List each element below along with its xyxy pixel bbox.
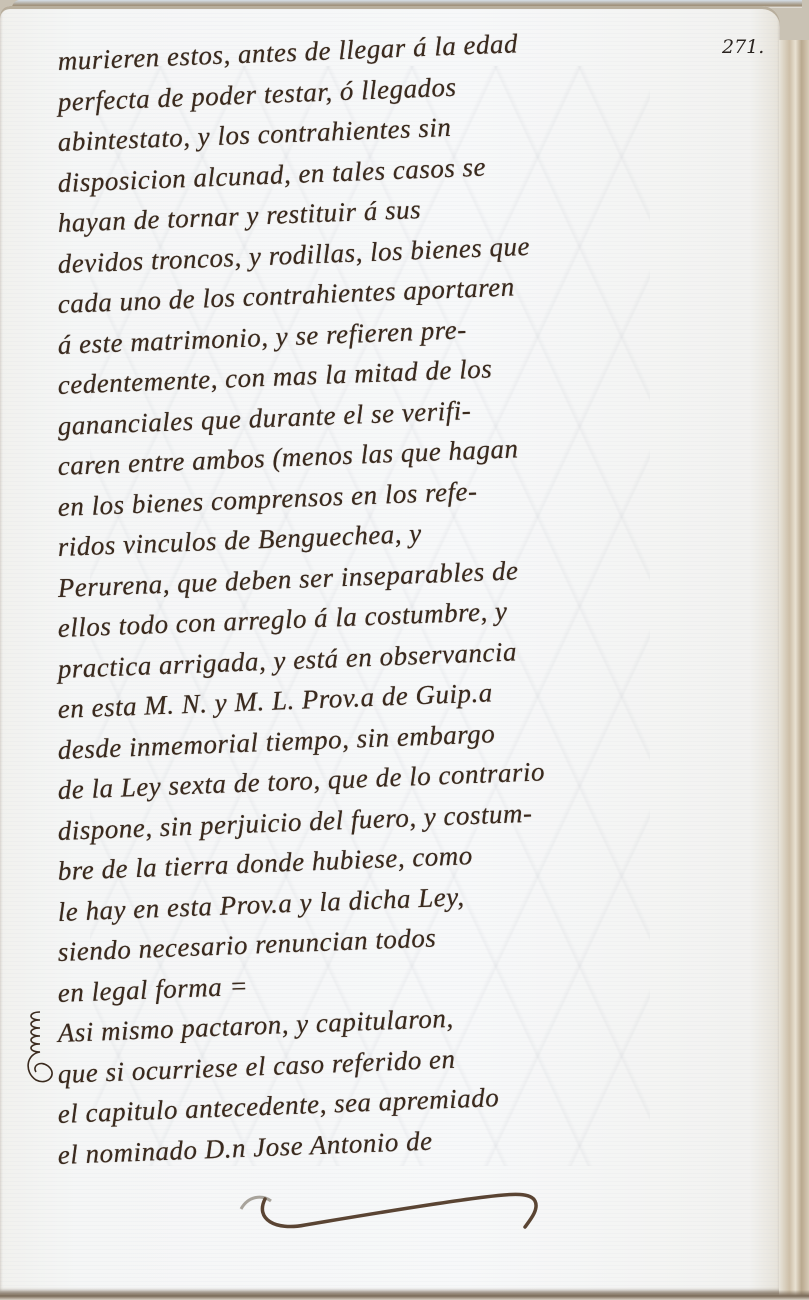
manuscript-page: 271. murieren estos, antes de llegar á l… — [0, 6, 780, 1294]
page-bottom-edge — [0, 1290, 809, 1300]
margin-flourish-icon — [18, 1008, 58, 1088]
manuscript-text: murieren estos, antes de llegar á la eda… — [58, 46, 698, 1180]
page-stack-edge — [779, 40, 809, 1300]
end-flourish-icon — [235, 1189, 555, 1239]
folio-number: 271. — [722, 36, 764, 58]
